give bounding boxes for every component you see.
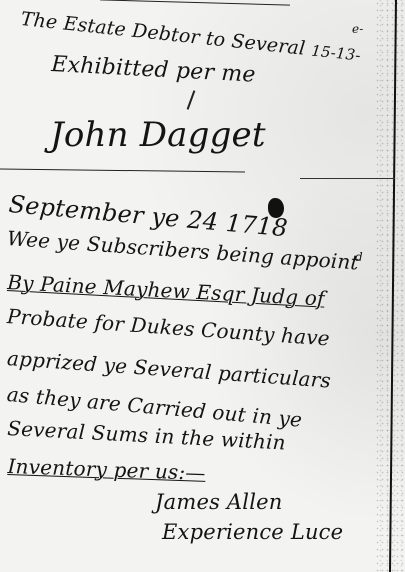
pen-flourish bbox=[187, 90, 196, 109]
signature-2: Experience Luce bbox=[162, 520, 343, 544]
body-line-3: Probate for Dukes County have bbox=[6, 304, 330, 351]
section-divider-left bbox=[0, 169, 245, 173]
ink-blot bbox=[268, 198, 284, 218]
marginal-note: e- bbox=[352, 22, 364, 36]
manuscript-page: The Estate Debtor to Several 15-13- e- E… bbox=[0, 0, 405, 572]
header-amount: 15-13- bbox=[310, 42, 361, 65]
body-line-7: Inventory per us:— bbox=[7, 454, 206, 485]
decedent-name: John Dagget bbox=[50, 115, 266, 155]
top-rule-line bbox=[100, 0, 290, 6]
section-divider-right bbox=[300, 178, 395, 179]
body-line-2: By Paine Mayhew Esqr Judg of bbox=[7, 270, 326, 311]
header-line-2: Exhibitted per me bbox=[51, 52, 256, 88]
signature-1: James Allen bbox=[155, 490, 282, 514]
